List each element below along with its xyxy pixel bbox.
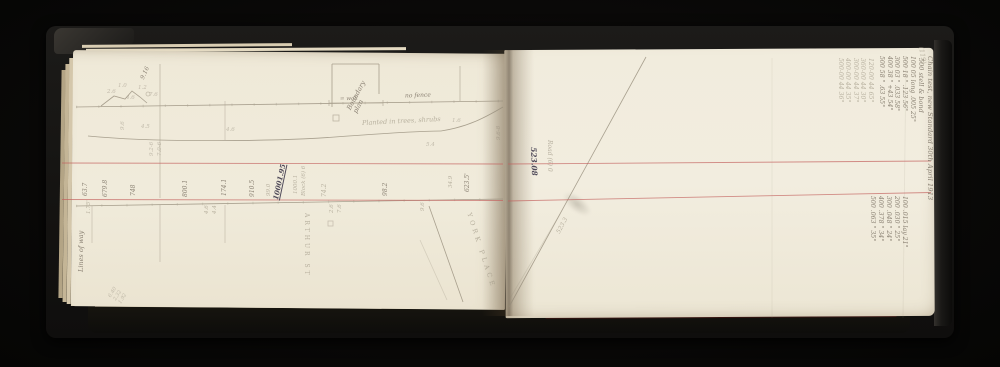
- offset-bottom: 1.75': [86, 200, 92, 214]
- offset-value: 4.6: [126, 95, 135, 101]
- chainage-value: 74.2: [322, 184, 329, 197]
- offset-bottom: 7.6: [337, 204, 343, 213]
- wall-label: = wall: [340, 96, 358, 103]
- offset-value: 4.6: [226, 127, 235, 133]
- survey-sketch-lines: [0, 0, 1000, 367]
- offset-value: 4.5: [141, 124, 150, 130]
- offset-rotated: 9.2-6: [149, 142, 155, 156]
- chainage-value: Block (6) 6: [301, 166, 307, 196]
- offset-value: 1.2: [138, 85, 147, 91]
- offset-bottom: 2.6: [329, 204, 335, 213]
- chain-test-table-a: 100 05 long .005 25° 500 18 " .123 56° 3…: [877, 56, 916, 122]
- chainage-value: 98.2: [383, 183, 390, 196]
- offset-bottom: 4.4: [212, 205, 218, 214]
- offset-value: 2.6: [107, 89, 116, 95]
- chainage-value: 800.1: [183, 180, 190, 197]
- chain-test-table-c: 120-00 44 65° 360-00 44 30° 300-00 44 37…: [836, 58, 874, 103]
- offset-rotated: 9.6: [120, 121, 126, 130]
- arthur-st-label: ARTHUR ST: [302, 213, 309, 278]
- road-note: Road (6) 0: [545, 140, 552, 172]
- offset-value: 1.6: [452, 118, 461, 124]
- chainage-value: 623.5': [465, 173, 472, 192]
- road-total-bold: 523.08: [528, 147, 538, 176]
- chain-test-heading: Chain test, new Standard 30th April 1913: [925, 56, 933, 200]
- offset-value: 5.4: [426, 142, 435, 148]
- chainage-value: 63.7: [83, 183, 90, 196]
- chainage-value: 34.9: [448, 176, 454, 188]
- no-fence-label: no fence: [405, 93, 431, 101]
- offset-value: 7.6: [149, 92, 158, 98]
- margin-note: Lines of way: [78, 231, 85, 272]
- offset-rotated: 7.0-6: [157, 142, 163, 156]
- offset-bottom: 4.6: [204, 205, 210, 214]
- offset-rotated: 9.6-8: [496, 126, 502, 140]
- offset-value: 1.0: [118, 83, 127, 89]
- chain-test-subheading: 500 stell & bond: [917, 58, 924, 113]
- chainage-value: 748: [131, 185, 138, 196]
- chainage-value: 910.5: [250, 180, 257, 197]
- chainage-value: 1000.1: [293, 175, 299, 194]
- chain-test-table-b: 100 .015 lay 21° 200 .030 " 25° 300 .048…: [868, 196, 908, 248]
- offset-bottom: 9.6: [420, 202, 426, 211]
- chainage-value: 174.1: [222, 179, 229, 196]
- chainage-value: 679.8: [103, 180, 110, 197]
